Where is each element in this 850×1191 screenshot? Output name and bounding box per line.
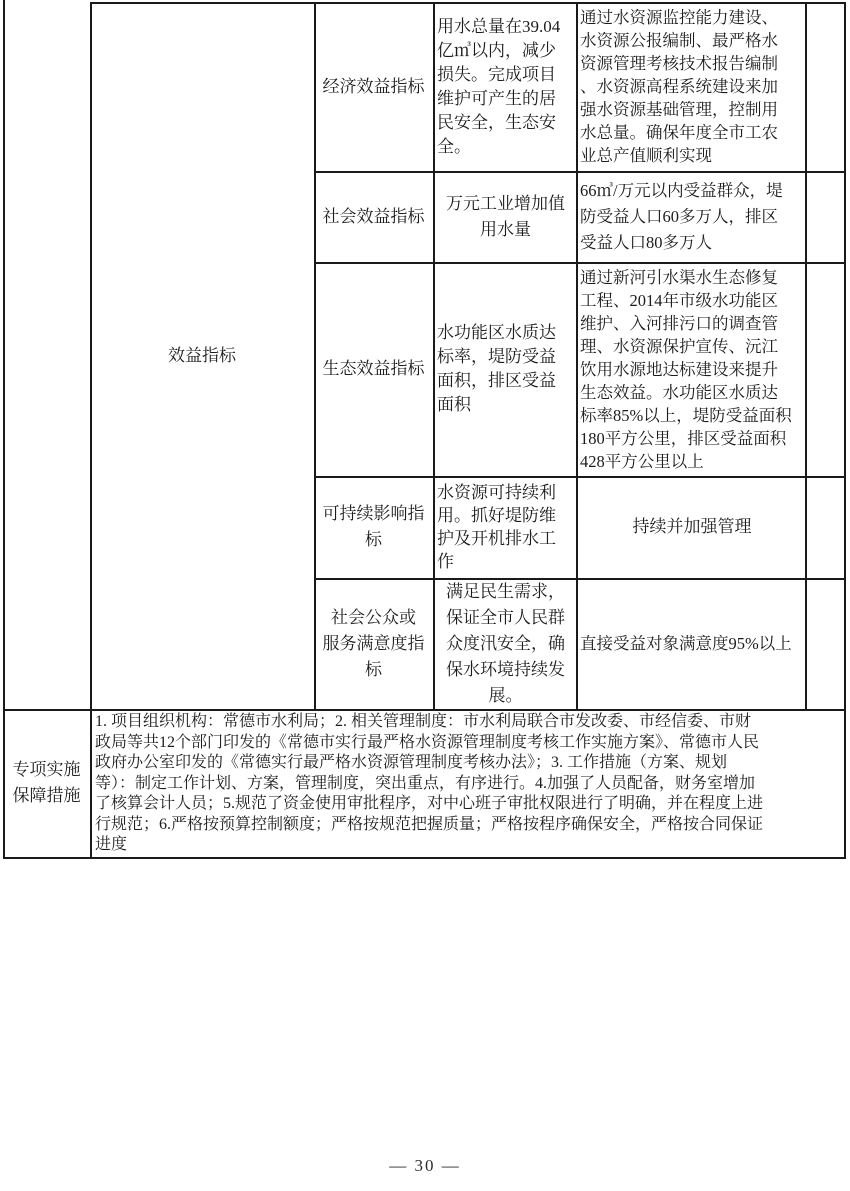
indicator-desc-cell: 满足民生需求， 保证全市人民群 众度汛安全，确 保水环境持续发 展。 bbox=[437, 580, 574, 707]
indicator-desc-cell: 用水总量在39.04 亿㎥以内，减少 损失。完成项目 维护可产生的居 民安全，生… bbox=[437, 4, 574, 169]
indicator-detail-cell: 直接受益对象满意度95%以上 bbox=[580, 580, 804, 707]
indicator-name-cell: 可持续影响指 标 bbox=[316, 478, 431, 576]
grid-line bbox=[805, 2, 807, 711]
benefit-group-label-cell: 效益指标 bbox=[92, 4, 312, 707]
safeguard-text-cell: 1. 项目组织机构：常德市水利局；2. 相关管理制度：市水利局联合市发改委、市经… bbox=[95, 712, 841, 855]
indicator-detail-cell: 通过水资源监控能力建设、 水资源公报编制、最严格水 资源管理考核技术报告编制 、… bbox=[580, 4, 804, 169]
indicator-detail-cell: 通过新河引水渠水生态修复 工程、2014年市级水功能区 维护、入河排污口的调查管… bbox=[580, 264, 804, 474]
safeguard-label-cell: 专项实施 保障措施 bbox=[5, 711, 88, 855]
indicator-name-cell: 经济效益指标 bbox=[316, 4, 431, 169]
document-page: 效益指标 经济效益指标 用水总量在39.04 亿㎥以内，减少 损失。完成项目 维… bbox=[0, 0, 850, 1191]
grid-line bbox=[433, 2, 435, 711]
indicator-desc-cell: 水功能区水质达 标率，堤防受益 面积，排区受益 面积 bbox=[437, 264, 574, 474]
grid-line bbox=[844, 2, 846, 859]
page-number: — 30 — bbox=[0, 1156, 850, 1176]
indicator-detail-cell: 66㎥/万元以内受益群众，堤 防受益人口60多万人，排区 受益人口80多万人 bbox=[580, 173, 804, 260]
grid-line bbox=[3, 709, 846, 711]
indicator-desc-cell: 万元工业增加值 用水量 bbox=[437, 173, 574, 260]
grid-line bbox=[3, 857, 846, 859]
indicator-name-cell: 社会效益指标 bbox=[316, 173, 431, 260]
grid-line bbox=[576, 2, 578, 711]
indicator-desc-cell: 水资源可持续利 用。抓好堤防维 护及开机排水工 作 bbox=[437, 478, 574, 576]
indicator-name-cell: 生态效益指标 bbox=[316, 264, 431, 474]
indicator-detail-cell: 持续并加强管理 bbox=[580, 478, 804, 576]
indicator-name-cell: 社会公众或 服务满意度指 标 bbox=[316, 580, 431, 707]
